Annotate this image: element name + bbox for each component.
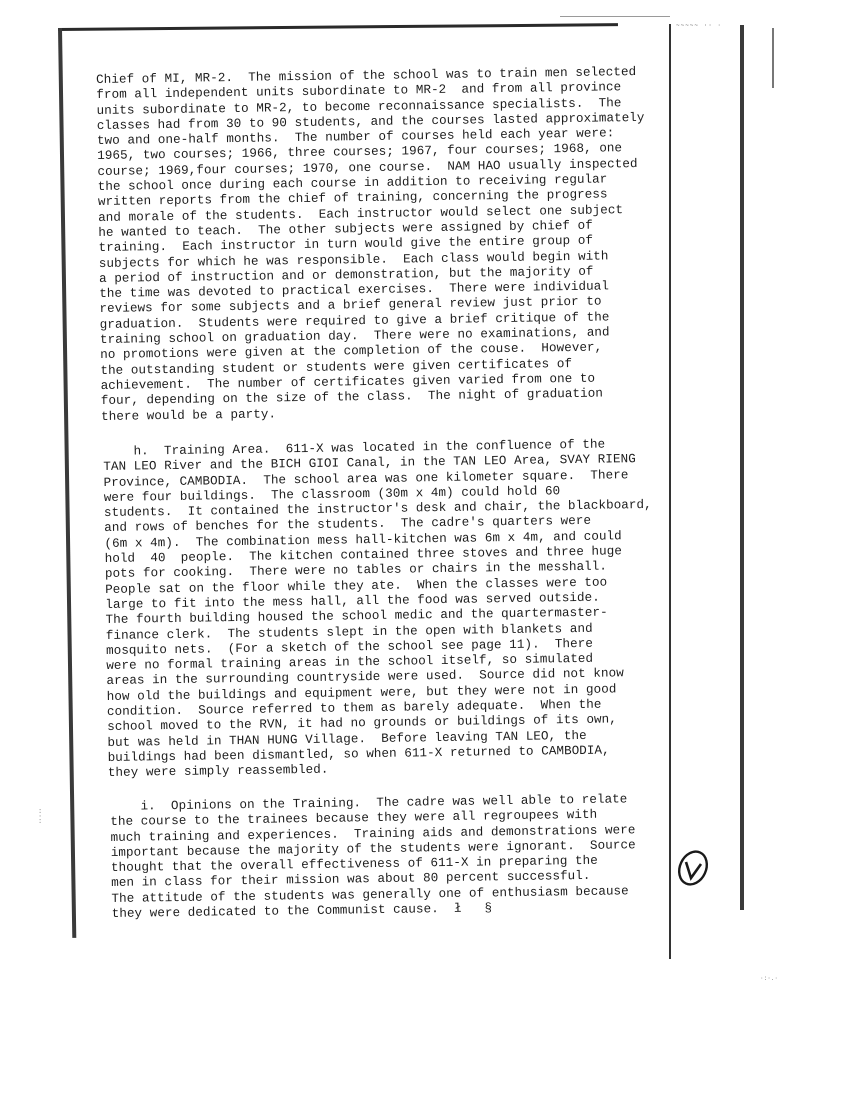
paragraph-mission: Chief of MI, MR-2. The mission of the sc…	[96, 65, 649, 425]
circled-check-mark-icon: X	[674, 848, 710, 890]
paragraph-opinions: i. Opinions on the Training. The cadre w…	[110, 792, 637, 922]
left-border-line	[58, 28, 76, 938]
paragraph-training-area: h. Training Area. 611-X was located in t…	[103, 437, 656, 782]
top-scan-artifact: ~~~~~ ·· ·	[676, 22, 722, 29]
right-thick-border-line	[740, 25, 744, 910]
top-border-line	[58, 23, 618, 31]
bottom-scan-artifact: ·:·.·	[760, 975, 778, 982]
right-faint-line	[772, 28, 774, 88]
document-page: ~~~~~ ·· · ·:·.· :·: Chief of MI, MR-2. …	[0, 0, 850, 1100]
right-thin-margin-line	[669, 24, 671, 959]
top-faint-line	[560, 16, 670, 17]
left-scan-artifact: :·:	[38, 810, 42, 825]
